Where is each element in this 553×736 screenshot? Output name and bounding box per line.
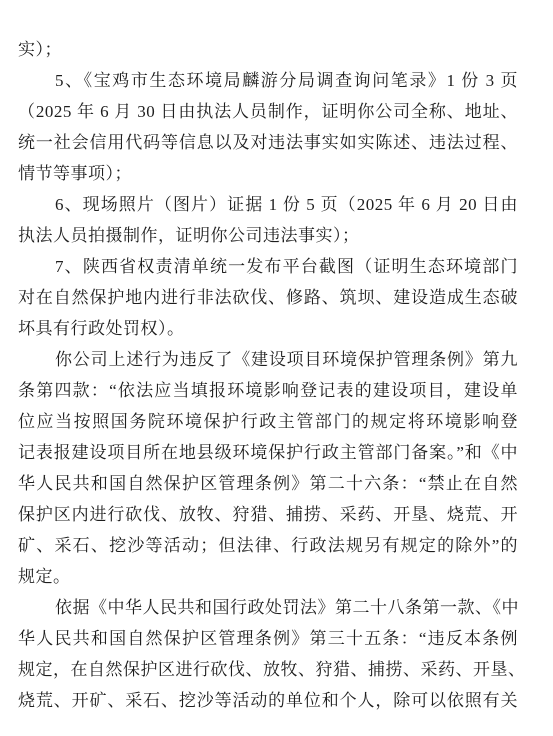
text-line: 记表报建设项目所在地县级环境保护行政主管部门备案。”和《中	[18, 437, 518, 468]
text-line: 你公司上述行为违反了《建设项目环境保护管理条例》第九	[18, 344, 518, 375]
text-line: 依据《中华人民共和国行政处罚法》第二十八条第一款、《中	[18, 592, 518, 623]
text-line: 条第四款：“依法应当填报环境影响登记表的建设项目，建设单	[18, 375, 518, 406]
text-line: 对在自然保护地内进行非法砍伐、修路、筑坝、建设造成生态破	[18, 282, 518, 313]
text-line: 华人民共和国自然保护区管理条例》第二十六条：“禁止在自然	[18, 468, 518, 499]
text-line: 规定。	[18, 561, 518, 592]
text-line: （2025 年 6 月 30 日由执法人员制作，证明你公司全称、地址、	[18, 96, 518, 127]
text-line: 6、现场照片（图片）证据 1 份 5 页（2025 年 6 月 20 日由	[18, 189, 518, 220]
text-line: 情节等事项）；	[18, 158, 518, 189]
text-line: 统一社会信用代码等信息以及对违法事实如实陈述、违法过程、	[18, 127, 518, 158]
document-page: 实）； 5、《宝鸡市生态环境局麟游分局调查询问笔录》1 份 3 页 （2025 …	[0, 0, 553, 736]
text-line: 7、陕西省权责清单统一发布平台截图（证明生态环境部门	[18, 251, 518, 282]
text-line: 矿、采石、挖沙等活动；但法律、行政法规另有规定的除外”的	[18, 530, 518, 561]
text-line: 执法人员拍摄制作，证明你公司违法事实）；	[18, 220, 518, 251]
text-line: 保护区内进行砍伐、放牧、狩猎、捕捞、采药、开垦、烧荒、开	[18, 499, 518, 530]
text-line: 规定，在自然保护区进行砍伐、放牧、狩猎、捕捞、采药、开垦、	[18, 654, 518, 685]
text-line: 实）；	[18, 34, 518, 65]
text-line: 华人民共和国自然保护区管理条例》第三十五条：“违反本条例	[18, 623, 518, 654]
text-line: 烧荒、开矿、采石、挖沙等活动的单位和个人，除可以依照有关	[18, 685, 518, 716]
text-line: 5、《宝鸡市生态环境局麟游分局调查询问笔录》1 份 3 页	[18, 65, 518, 96]
text-line: 坏具有行政处罚权）。	[18, 313, 518, 344]
text-line: 位应当按照国务院环境保护行政主管部门的规定将环境影响登	[18, 406, 518, 437]
